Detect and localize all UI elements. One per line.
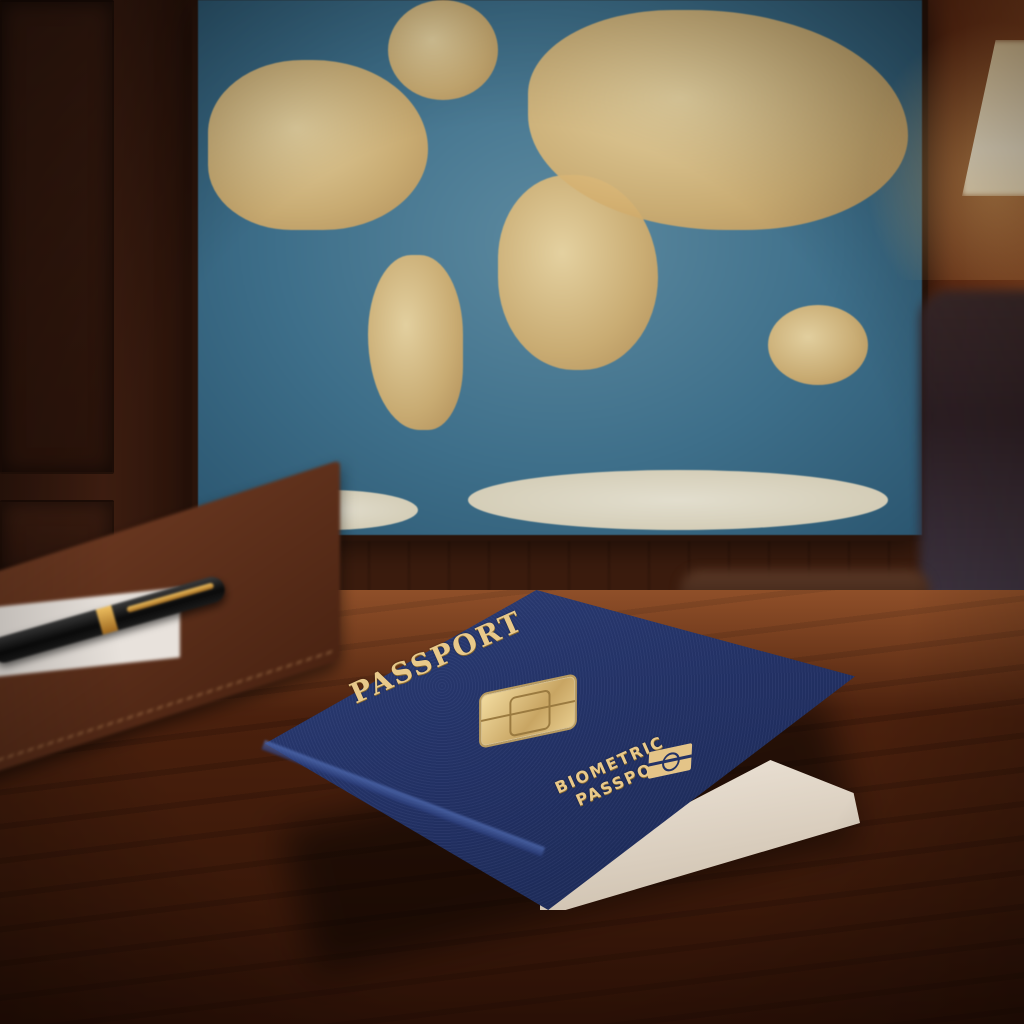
greenland [388,0,498,100]
photo-scene: PASSPORT BIOMETRIC PASSPORT [0,0,1024,1024]
australia [768,305,868,385]
south-america [368,255,463,430]
office-chair [920,290,1024,610]
wall-panel [0,0,114,474]
pen-gold-band [96,605,119,634]
world-map [198,0,922,535]
north-america [208,60,428,230]
antarctica [468,470,888,530]
